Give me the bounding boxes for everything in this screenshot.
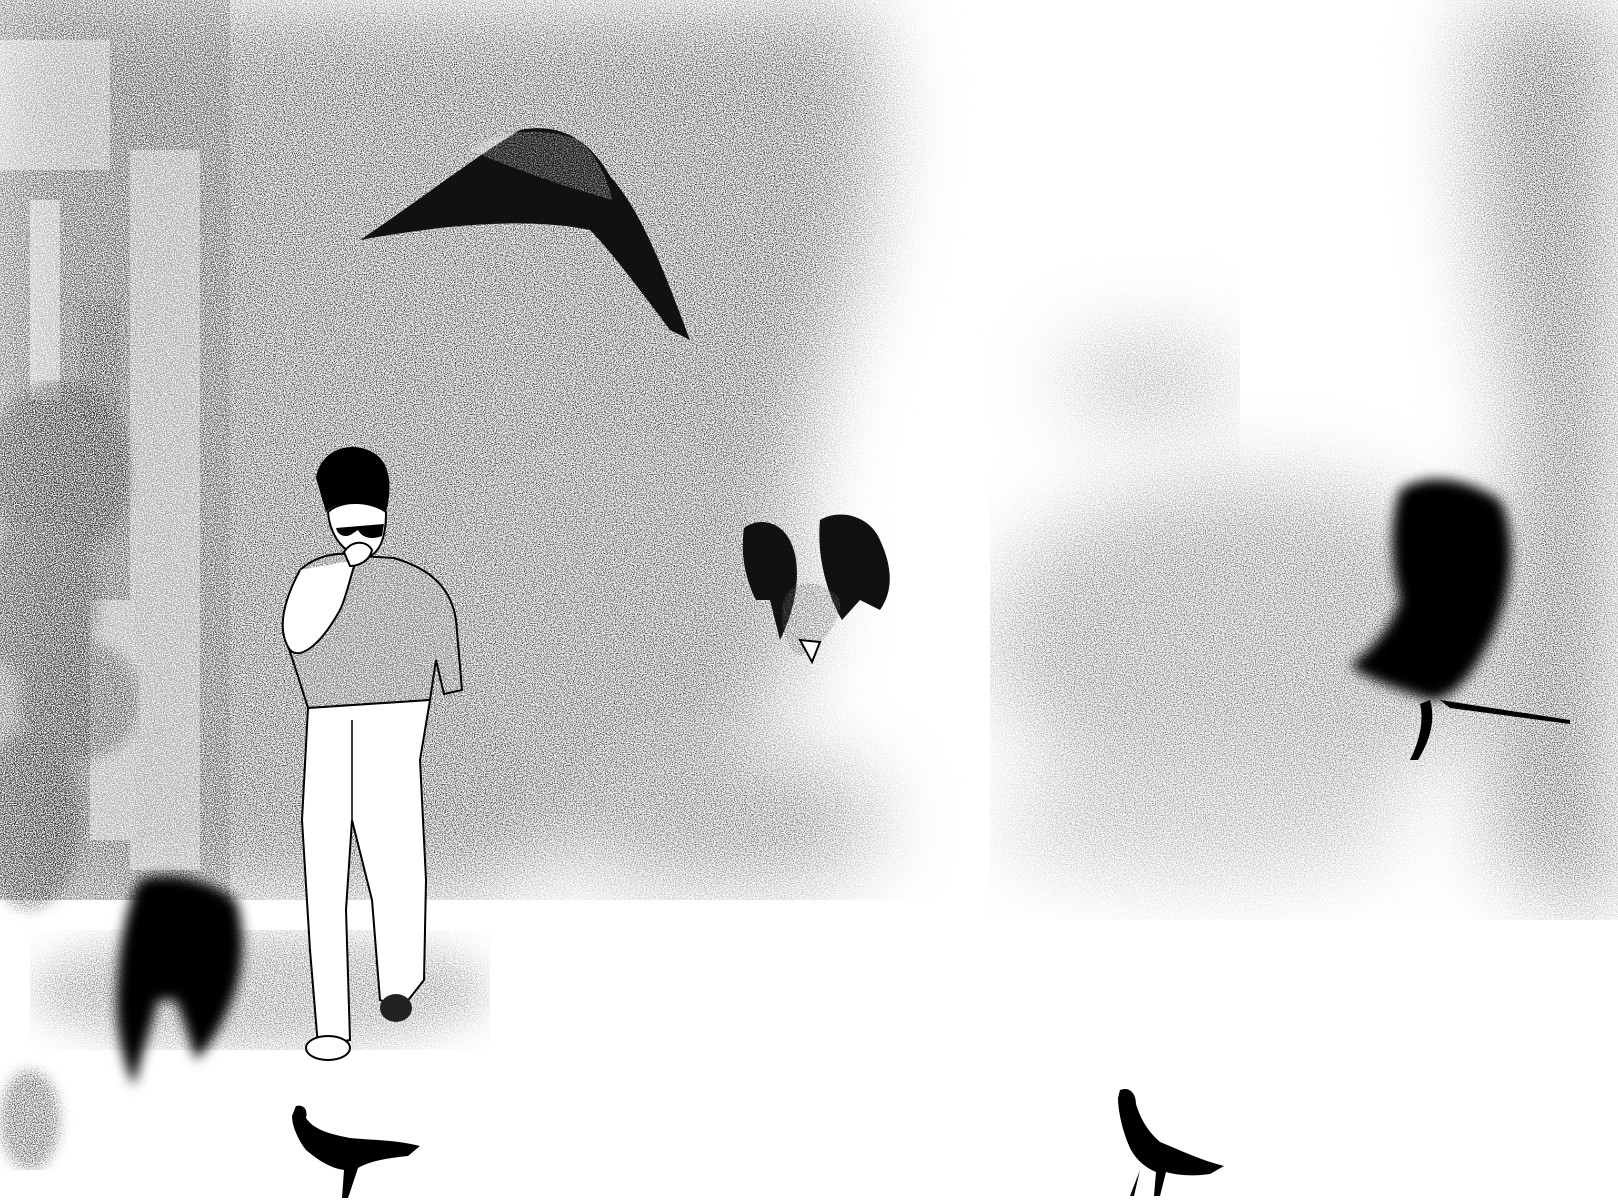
illustration-canvas bbox=[0, 0, 1618, 1200]
manga-illustration bbox=[0, 0, 1618, 1200]
